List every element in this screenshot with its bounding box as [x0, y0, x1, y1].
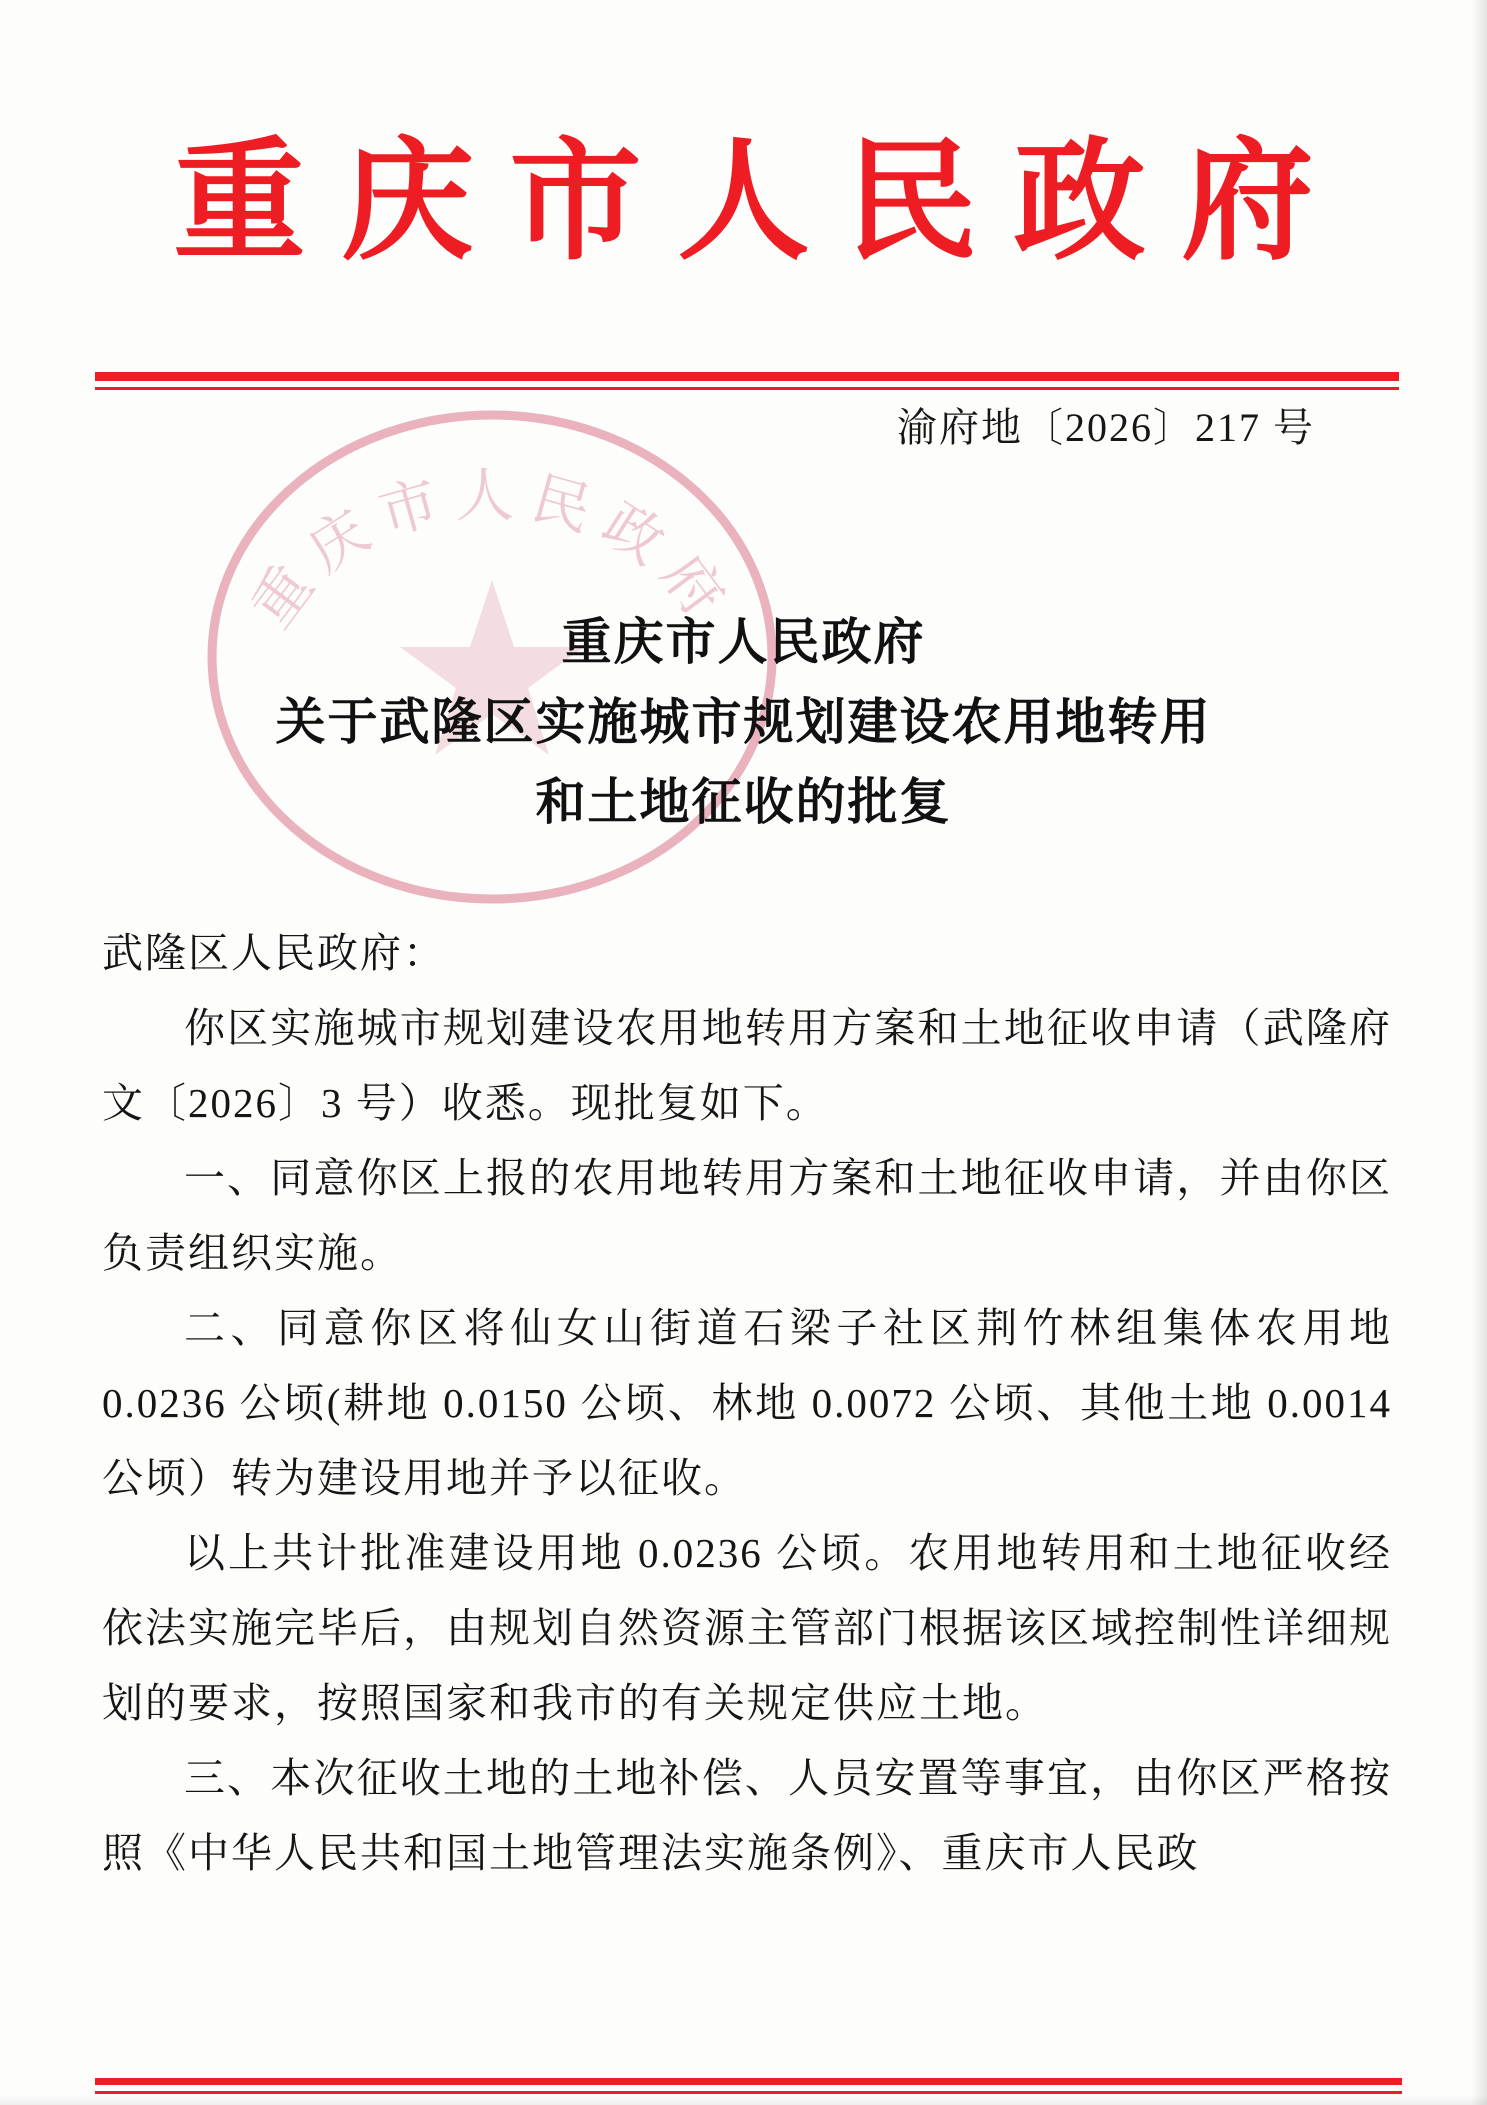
paragraph-1: 你区实施城市规划建设农用地转用方案和土地征收申请（武隆府文〔2026〕3 号）收… [102, 991, 1392, 1141]
paragraph-5: 三、本次征收土地的土地补偿、人员安置等事宜，由你区严格按照《中华人民共和国土地管… [102, 1741, 1392, 1891]
paragraph-4: 以上共计批准建设用地 0.0236 公顷。农用地转用和土地征收经依法实施完毕后，… [102, 1516, 1392, 1741]
title-line-1: 重庆市人民政府 [0, 602, 1487, 682]
document-body: 武隆区人民政府： 你区实施城市规划建设农用地转用方案和土地征收申请（武隆府文〔2… [102, 916, 1392, 1891]
scan-shadow-bottom [0, 2095, 1487, 2105]
document-page: 重庆市人民政府 渝府地〔2026〕217 号 重庆市人民政府 重庆市人民政府 关… [0, 0, 1487, 2105]
red-separator-line [95, 372, 1399, 390]
salutation: 武隆区人民政府： [102, 916, 1392, 991]
paragraph-3: 二、同意你区将仙女山街道石梁子社区荆竹林组集体农用地 0.0236 公顷(耕地 … [102, 1291, 1392, 1516]
scan-shadow-right [1471, 0, 1487, 2105]
footer-red-line [95, 2078, 1402, 2094]
document-title: 重庆市人民政府 关于武隆区实施城市规划建设农用地转用 和土地征收的批复 [0, 602, 1487, 842]
title-line-2: 关于武隆区实施城市规划建设农用地转用 [0, 682, 1487, 762]
letterhead-title: 重庆市人民政府 [0, 118, 1487, 288]
title-line-3: 和土地征收的批复 [0, 762, 1487, 842]
doc-number: 渝府地〔2026〕217 号 [897, 398, 1315, 458]
paragraph-2: 一、同意你区上报的农用地转用方案和土地征收申请，并由你区负责组织实施。 [102, 1141, 1392, 1291]
